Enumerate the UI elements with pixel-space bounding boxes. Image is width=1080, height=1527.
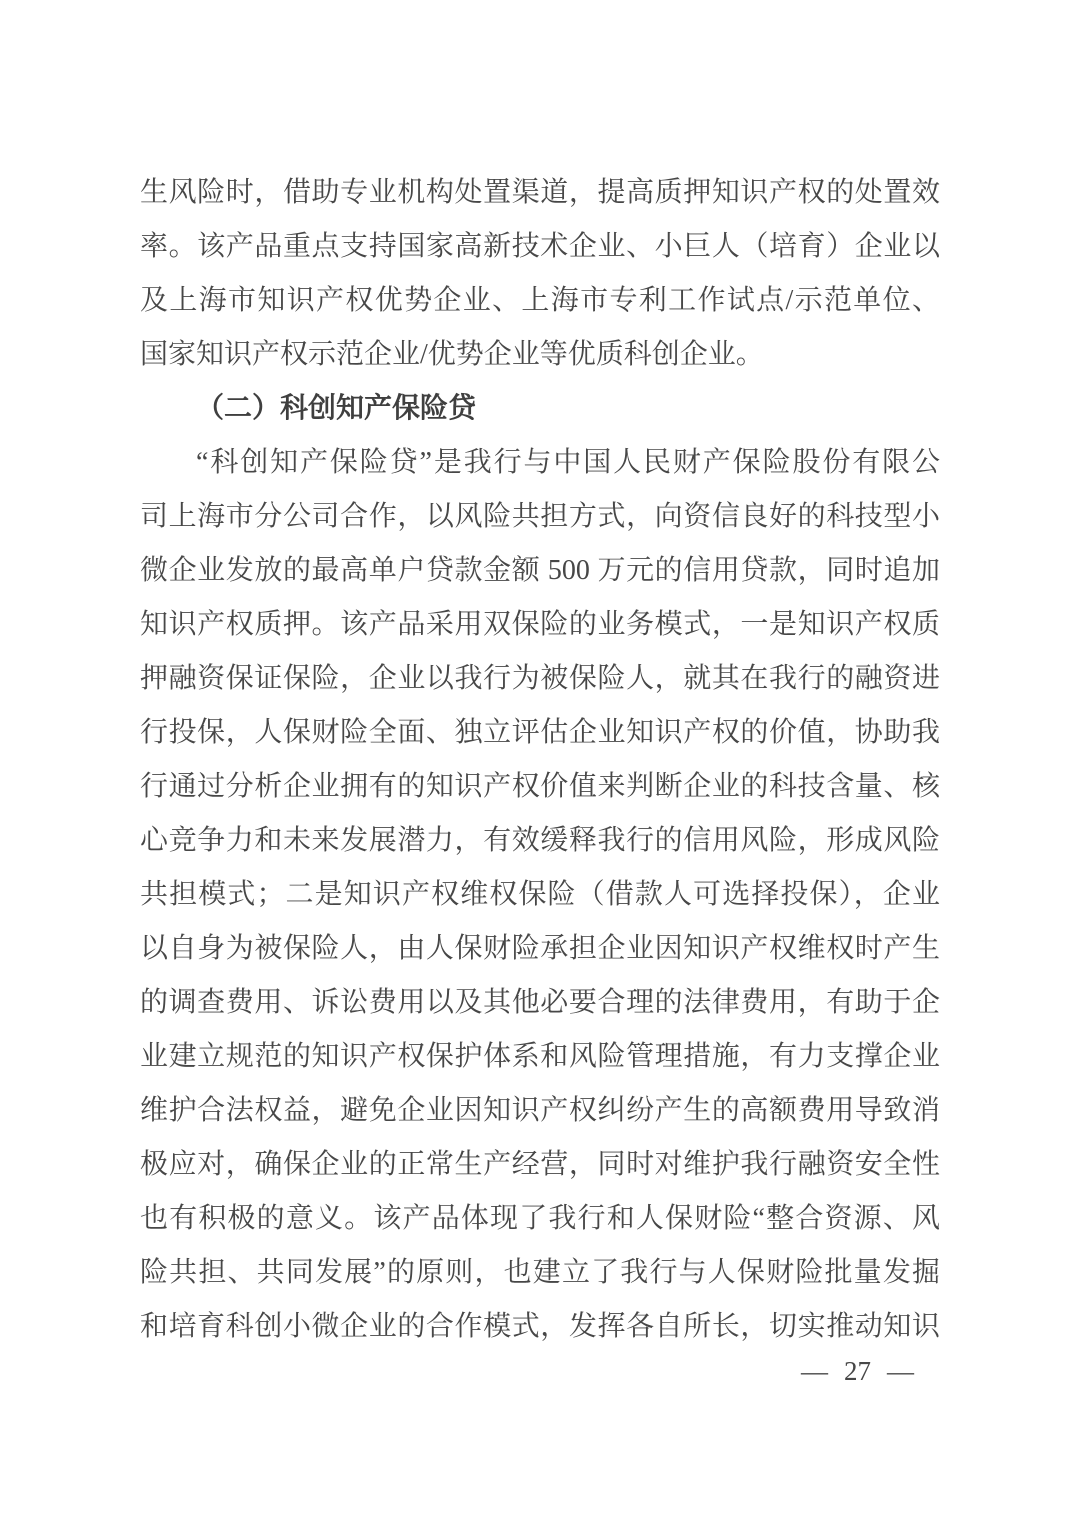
- text-line: 率。该产品重点支持国家高新技术企业、小巨人（培育）企业以: [140, 220, 940, 274]
- text-line: 维护合法权益，避免企业因知识产权纠纷产生的高额费用导致消: [140, 1084, 940, 1138]
- text-line: 和培育科创小微企业的合作模式，发挥各自所长，切实推动知识: [140, 1300, 940, 1354]
- text-line: 知识产权质押。该产品采用双保险的业务模式，一是知识产权质: [140, 598, 940, 652]
- page-footer: — 27 —: [801, 1356, 914, 1387]
- text-line: “科创知产保险贷”是我行与中国人民财产保险股份有限公: [140, 436, 940, 490]
- text-line: 微企业发放的最高单户贷款金额 500 万元的信用贷款，同时追加: [140, 544, 940, 598]
- document-text: 生风险时，借助专业机构处置渠道，提高质押知识产权的处置效率。该产品重点支持国家高…: [140, 166, 940, 1354]
- document-page: 生风险时，借助专业机构处置渠道，提高质押知识产权的处置效率。该产品重点支持国家高…: [0, 0, 1080, 1527]
- section-heading: （二）科创知产保险贷: [140, 382, 940, 436]
- text-line: 的调查费用、诉讼费用以及其他必要合理的法律费用，有助于企: [140, 976, 940, 1030]
- text-line: 及上海市知识产权优势企业、上海市专利工作试点/示范单位、: [140, 274, 940, 328]
- footer-dash-left: —: [801, 1356, 828, 1387]
- page-number: 27: [844, 1356, 871, 1387]
- text-line: 共担模式；二是知识产权维权保险（借款人可选择投保），企业: [140, 868, 940, 922]
- footer-dash-right: —: [887, 1356, 914, 1387]
- text-line: 国家知识产权示范企业/优势企业等优质科创企业。: [140, 328, 940, 382]
- text-line: 行通过分析企业拥有的知识产权价值来判断企业的科技含量、核: [140, 760, 940, 814]
- text-line: 押融资保证保险，企业以我行为被保险人，就其在我行的融资进: [140, 652, 940, 706]
- text-line: 行投保，人保财险全面、独立评估企业知识产权的价值，协助我: [140, 706, 940, 760]
- text-line: 险共担、共同发展”的原则，也建立了我行与人保财险批量发掘: [140, 1246, 940, 1300]
- text-line: 司上海市分公司合作，以风险共担方式，向资信良好的科技型小: [140, 490, 940, 544]
- text-line: 也有积极的意义。该产品体现了我行和人保财险“整合资源、风: [140, 1192, 940, 1246]
- text-line: 极应对，确保企业的正常生产经营，同时对维护我行融资安全性: [140, 1138, 940, 1192]
- text-line: 以自身为被保险人，由人保财险承担企业因知识产权维权时产生: [140, 922, 940, 976]
- text-line: 生风险时，借助专业机构处置渠道，提高质押知识产权的处置效: [140, 166, 940, 220]
- text-line: 业建立规范的知识产权保护体系和风险管理措施，有力支撑企业: [140, 1030, 940, 1084]
- text-line: 心竞争力和未来发展潜力，有效缓释我行的信用风险，形成风险: [140, 814, 940, 868]
